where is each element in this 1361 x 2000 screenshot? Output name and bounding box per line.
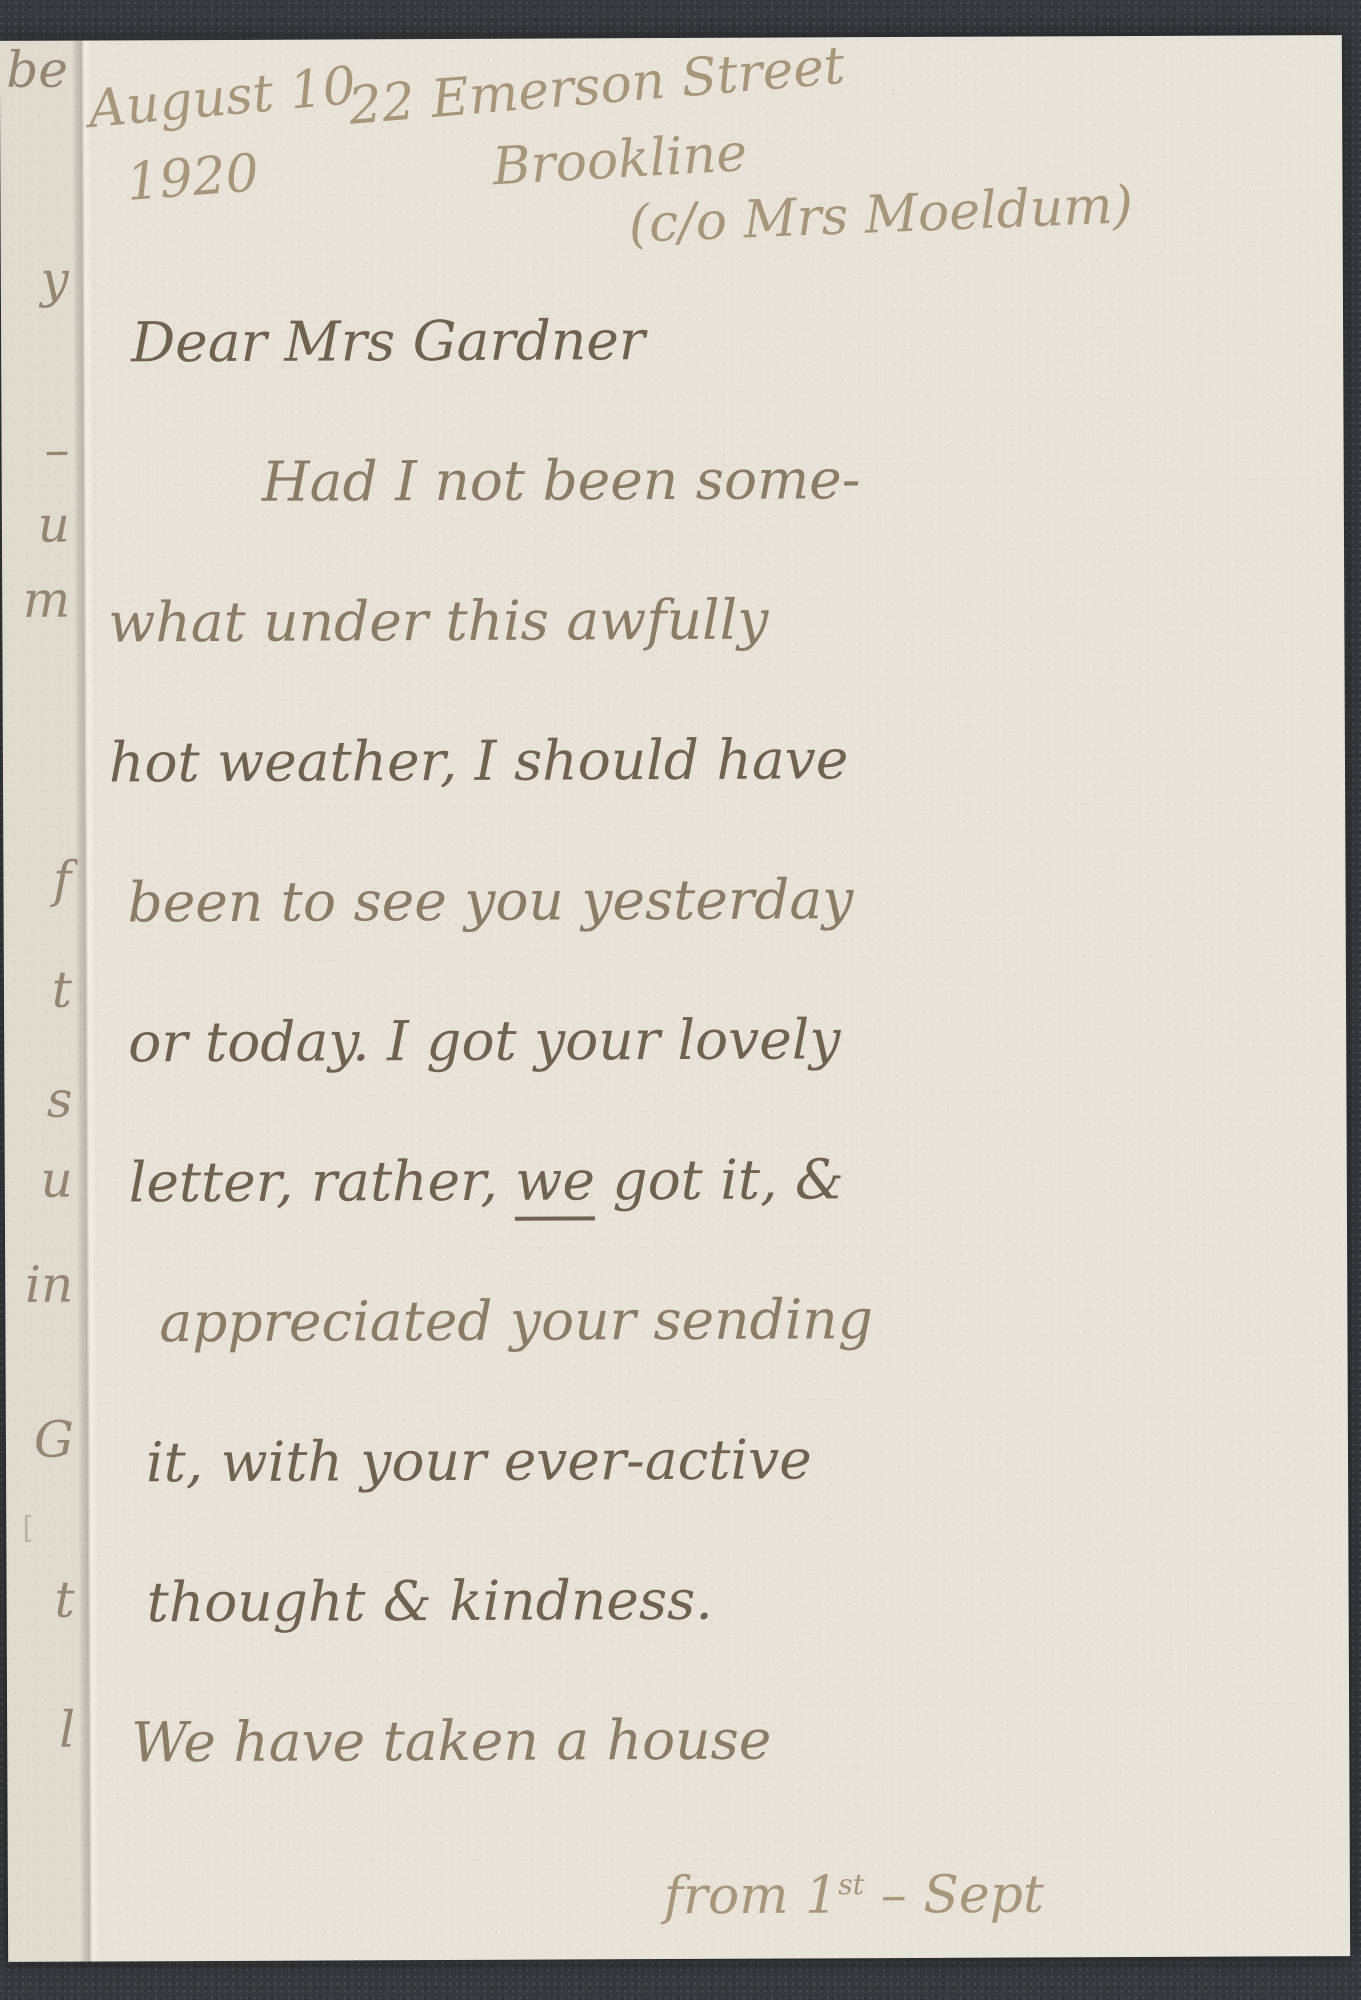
address-line-2: Brookline [491, 123, 749, 197]
body-line: hot weather, I should have [99, 687, 1340, 832]
body-line: letter, rather, we got it, & [100, 1107, 1341, 1252]
move-in-dateline: from 1st – Sept [104, 1807, 1345, 1962]
dateline-post: – Sept [864, 1865, 1044, 1926]
body-line: thought & kindness. [102, 1527, 1343, 1672]
body-line: or today. I got your lovely [100, 967, 1341, 1112]
address-line-3: (c/o Mrs Moeldum) [628, 175, 1134, 255]
underlined-word: we [515, 1148, 595, 1220]
body-line: Had I not been some- [97, 407, 1338, 552]
letter-header: August 10 1920 22 Emerson Street Brookli… [0, 35, 1342, 41]
salutation: Dear Mrs Gardner [97, 267, 1338, 412]
date-line-2: 1920 [124, 143, 260, 213]
letter-body: Dear Mrs Gardner Had I not been some- wh… [97, 267, 1344, 1962]
body-line: it, with your ever-active [102, 1387, 1343, 1532]
body-line-segment: letter, rather, [129, 1149, 516, 1215]
date-line-1: August 10 [86, 56, 358, 140]
body-line: We have taken a house [103, 1667, 1344, 1812]
address-line-1: 22 Emerson Street [346, 36, 847, 137]
scanned-letter-background: be y – u m f t s u in G t l [ August 10 … [0, 0, 1361, 2000]
dateline-pre: from 1 [664, 1866, 839, 1927]
body-line: what under this awfully [98, 547, 1339, 692]
body-line-segment: got it, & [595, 1147, 844, 1212]
body-line: been to see you yesterday [99, 827, 1340, 972]
dateline-superscript: st [838, 1867, 864, 1901]
letter-sheet: be y – u m f t s u in G t l [ August 10 … [0, 35, 1350, 1962]
body-line: appreciated your sending [101, 1247, 1342, 1392]
